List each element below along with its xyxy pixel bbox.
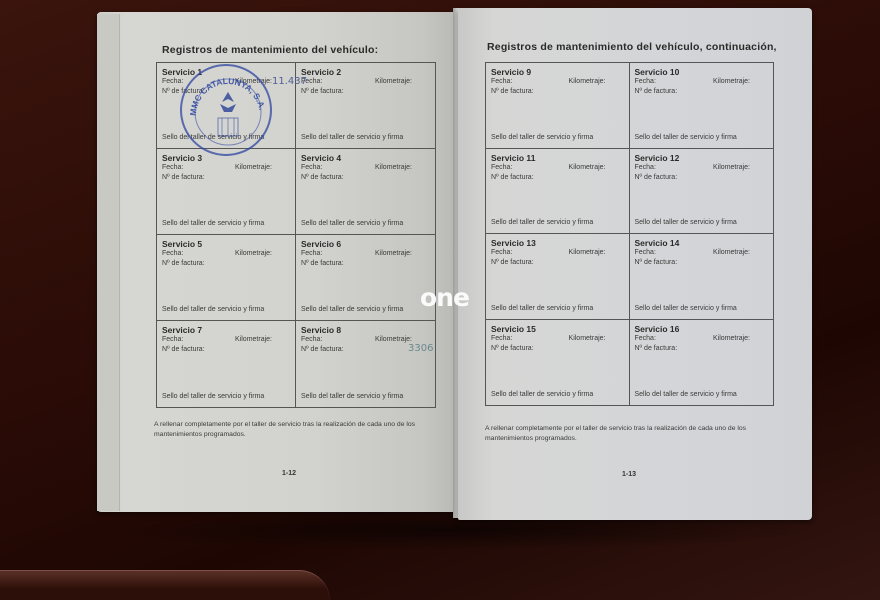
stamp-signature-label: Sello del taller de servicio y firma bbox=[301, 306, 403, 313]
service-cell: Servicio 9Fecha:Kilometraje:Nº de factur… bbox=[486, 63, 630, 149]
left-page-underleaf bbox=[97, 14, 120, 511]
stamp-signature-label: Sello del taller de servicio y firma bbox=[491, 391, 593, 398]
invoice-label: Nº de factura: bbox=[491, 258, 534, 268]
service-cell: Servicio 2Fecha:Kilometraje:Nº de factur… bbox=[296, 63, 435, 149]
service-cell: Servicio 13Fecha:Kilometraje:Nº de factu… bbox=[486, 234, 630, 320]
date-label: Fecha: bbox=[162, 163, 183, 173]
service-cell: Servicio 15Fecha:Kilometraje:Nº de factu… bbox=[486, 320, 630, 406]
table-edge bbox=[0, 570, 330, 600]
service-cell: Servicio 4Fecha:Kilometraje:Nº de factur… bbox=[296, 149, 435, 235]
invoice-label: Nº de factura: bbox=[635, 173, 678, 183]
date-label: Fecha: bbox=[491, 334, 512, 344]
service-title: Servicio 16 bbox=[635, 324, 769, 334]
left-page-number: 1-12 bbox=[282, 470, 296, 477]
stamp-signature-label: Sello del taller de servicio y firma bbox=[301, 220, 403, 227]
km-label: Kilometraje: bbox=[375, 335, 412, 345]
service-cell: Servicio 10Fecha:Kilometraje:Nº de factu… bbox=[630, 63, 774, 149]
stamp-signature-label: Sello del taller de servicio y firma bbox=[491, 134, 593, 141]
invoice-label: Nº de factura: bbox=[491, 173, 534, 183]
date-label: Fecha: bbox=[162, 249, 183, 259]
service-title: Servicio 13 bbox=[491, 238, 624, 248]
service-cell: Servicio 14Fecha:Kilometraje:Nº de factu… bbox=[630, 234, 774, 320]
km-label: Kilometraje: bbox=[569, 77, 606, 87]
service-cell: Servicio 8Fecha:Kilometraje:Nº de factur… bbox=[296, 321, 435, 407]
km-label: Kilometraje: bbox=[235, 335, 272, 345]
stamp-signature-label: Sello del taller de servicio y firma bbox=[301, 134, 403, 141]
date-label: Fecha: bbox=[162, 77, 183, 87]
km-label: Kilometraje: bbox=[569, 163, 606, 173]
service-title: Servicio 4 bbox=[301, 153, 430, 163]
date-label: Fecha: bbox=[491, 77, 512, 87]
invoice-label: Nº de factura: bbox=[635, 258, 678, 268]
date-label: Fecha: bbox=[635, 163, 656, 173]
invoice-label: Nº de factura: bbox=[162, 259, 205, 269]
workshop-stamp: MMC CATALUNYA, S.A. bbox=[180, 64, 272, 156]
km-label: Kilometraje: bbox=[569, 334, 606, 344]
km-label: Kilometraje: bbox=[713, 163, 750, 173]
stamp-signature-label: Sello del taller de servicio y firma bbox=[491, 305, 593, 312]
handwritten-km: 11.437 bbox=[272, 76, 307, 87]
service-title: Servicio 14 bbox=[635, 238, 769, 248]
date-label: Fecha: bbox=[162, 335, 183, 345]
service-cell: Servicio 5Fecha:Kilometraje:Nº de factur… bbox=[157, 235, 296, 321]
invoice-label: Nº de factura: bbox=[162, 345, 205, 355]
km-label: Kilometraje: bbox=[375, 77, 412, 87]
date-label: Fecha: bbox=[635, 77, 656, 87]
invoice-label: Nº de factura: bbox=[162, 173, 205, 183]
km-label: Kilometraje: bbox=[713, 248, 750, 258]
stamp-signature-label: Sello del taller de servicio y firma bbox=[635, 219, 737, 226]
stamp-signature-label: Sello del taller de servicio y firma bbox=[162, 220, 264, 227]
stamp-signature-label: Sello del taller de servicio y firma bbox=[491, 219, 593, 226]
stamp-signature-label: Sello del taller de servicio y firma bbox=[301, 393, 403, 400]
service-title: Servicio 5 bbox=[162, 239, 290, 249]
service-title: Servicio 11 bbox=[491, 153, 624, 163]
service-title: Servicio 7 bbox=[162, 325, 290, 335]
km-label: Kilometraje: bbox=[235, 163, 272, 173]
date-label: Fecha: bbox=[301, 163, 322, 173]
service-cell: Servicio 12Fecha:Kilometraje:Nº de factu… bbox=[630, 149, 774, 235]
invoice-label: Nº de factura: bbox=[635, 344, 678, 354]
service-title: Servicio 10 bbox=[635, 67, 769, 77]
right-page-title: Registros de mantenimiento del vehículo,… bbox=[487, 41, 777, 53]
one-watermark-logo: one bbox=[420, 283, 469, 312]
invoice-label: Nº de factura: bbox=[491, 87, 534, 97]
invoice-label: Nº de factura: bbox=[491, 344, 534, 354]
service-title: Servicio 9 bbox=[491, 67, 624, 77]
stamp-signature-label: Sello del taller de servicio y firma bbox=[635, 134, 737, 141]
right-service-grid: Servicio 9Fecha:Kilometraje:Nº de factur… bbox=[485, 62, 774, 406]
service-cell: Servicio 7Fecha:Kilometraje:Nº de factur… bbox=[157, 321, 296, 407]
date-label: Fecha: bbox=[635, 248, 656, 258]
stamp-signature-label: Sello del taller de servicio y firma bbox=[162, 393, 264, 400]
service-title: Servicio 8 bbox=[301, 325, 430, 335]
stamp-signature-label: Sello del taller de servicio y firma bbox=[635, 391, 737, 398]
km-label: Kilometraje: bbox=[375, 163, 412, 173]
km-label: Kilometraje: bbox=[235, 249, 272, 259]
stamp-signature-label: Sello del taller de servicio y firma bbox=[635, 305, 737, 312]
service-cell: Servicio 16Fecha:Kilometraje:Nº de factu… bbox=[630, 320, 774, 406]
km-label: Kilometraje: bbox=[713, 77, 750, 87]
service-title: Servicio 15 bbox=[491, 324, 624, 334]
invoice-label: Nº de factura: bbox=[301, 87, 344, 97]
date-label: Fecha: bbox=[491, 163, 512, 173]
left-page-title: Registros de mantenimiento del vehículo: bbox=[162, 44, 378, 56]
service-title: Servicio 6 bbox=[301, 239, 430, 249]
right-footnote: A rellenar completamente por el taller d… bbox=[485, 424, 780, 444]
km-label: Kilometraje: bbox=[713, 334, 750, 344]
service-title: Servicio 2 bbox=[301, 67, 430, 77]
invoice-label: Nº de factura: bbox=[635, 87, 678, 97]
invoice-label: Nº de factura: bbox=[301, 259, 344, 269]
invoice-label: Nº de factura: bbox=[301, 345, 344, 355]
left-footnote: A rellenar completamente por el taller d… bbox=[154, 420, 439, 440]
stamp-signature-label: Sello del taller de servicio y firma bbox=[162, 306, 264, 313]
stamp-emblem-icon: MMC CATALUNYA, S.A. bbox=[182, 66, 274, 158]
date-label: Fecha: bbox=[635, 334, 656, 344]
service-cell: Servicio 11Fecha:Kilometraje:Nº de factu… bbox=[486, 149, 630, 235]
service-title: Servicio 12 bbox=[635, 153, 769, 163]
overlay-number-1: 3306 bbox=[408, 343, 433, 354]
date-label: Fecha: bbox=[491, 248, 512, 258]
service-cell: Servicio 6Fecha:Kilometraje:Nº de factur… bbox=[296, 235, 435, 321]
date-label: Fecha: bbox=[301, 249, 322, 259]
km-label: Kilometraje: bbox=[569, 248, 606, 258]
invoice-label: Nº de factura: bbox=[301, 173, 344, 183]
km-label: Kilometraje: bbox=[375, 249, 412, 259]
right-page-number: 1-13 bbox=[622, 471, 636, 478]
service-cell: Servicio 3Fecha:Kilometraje:Nº de factur… bbox=[157, 149, 296, 235]
date-label: Fecha: bbox=[301, 335, 322, 345]
